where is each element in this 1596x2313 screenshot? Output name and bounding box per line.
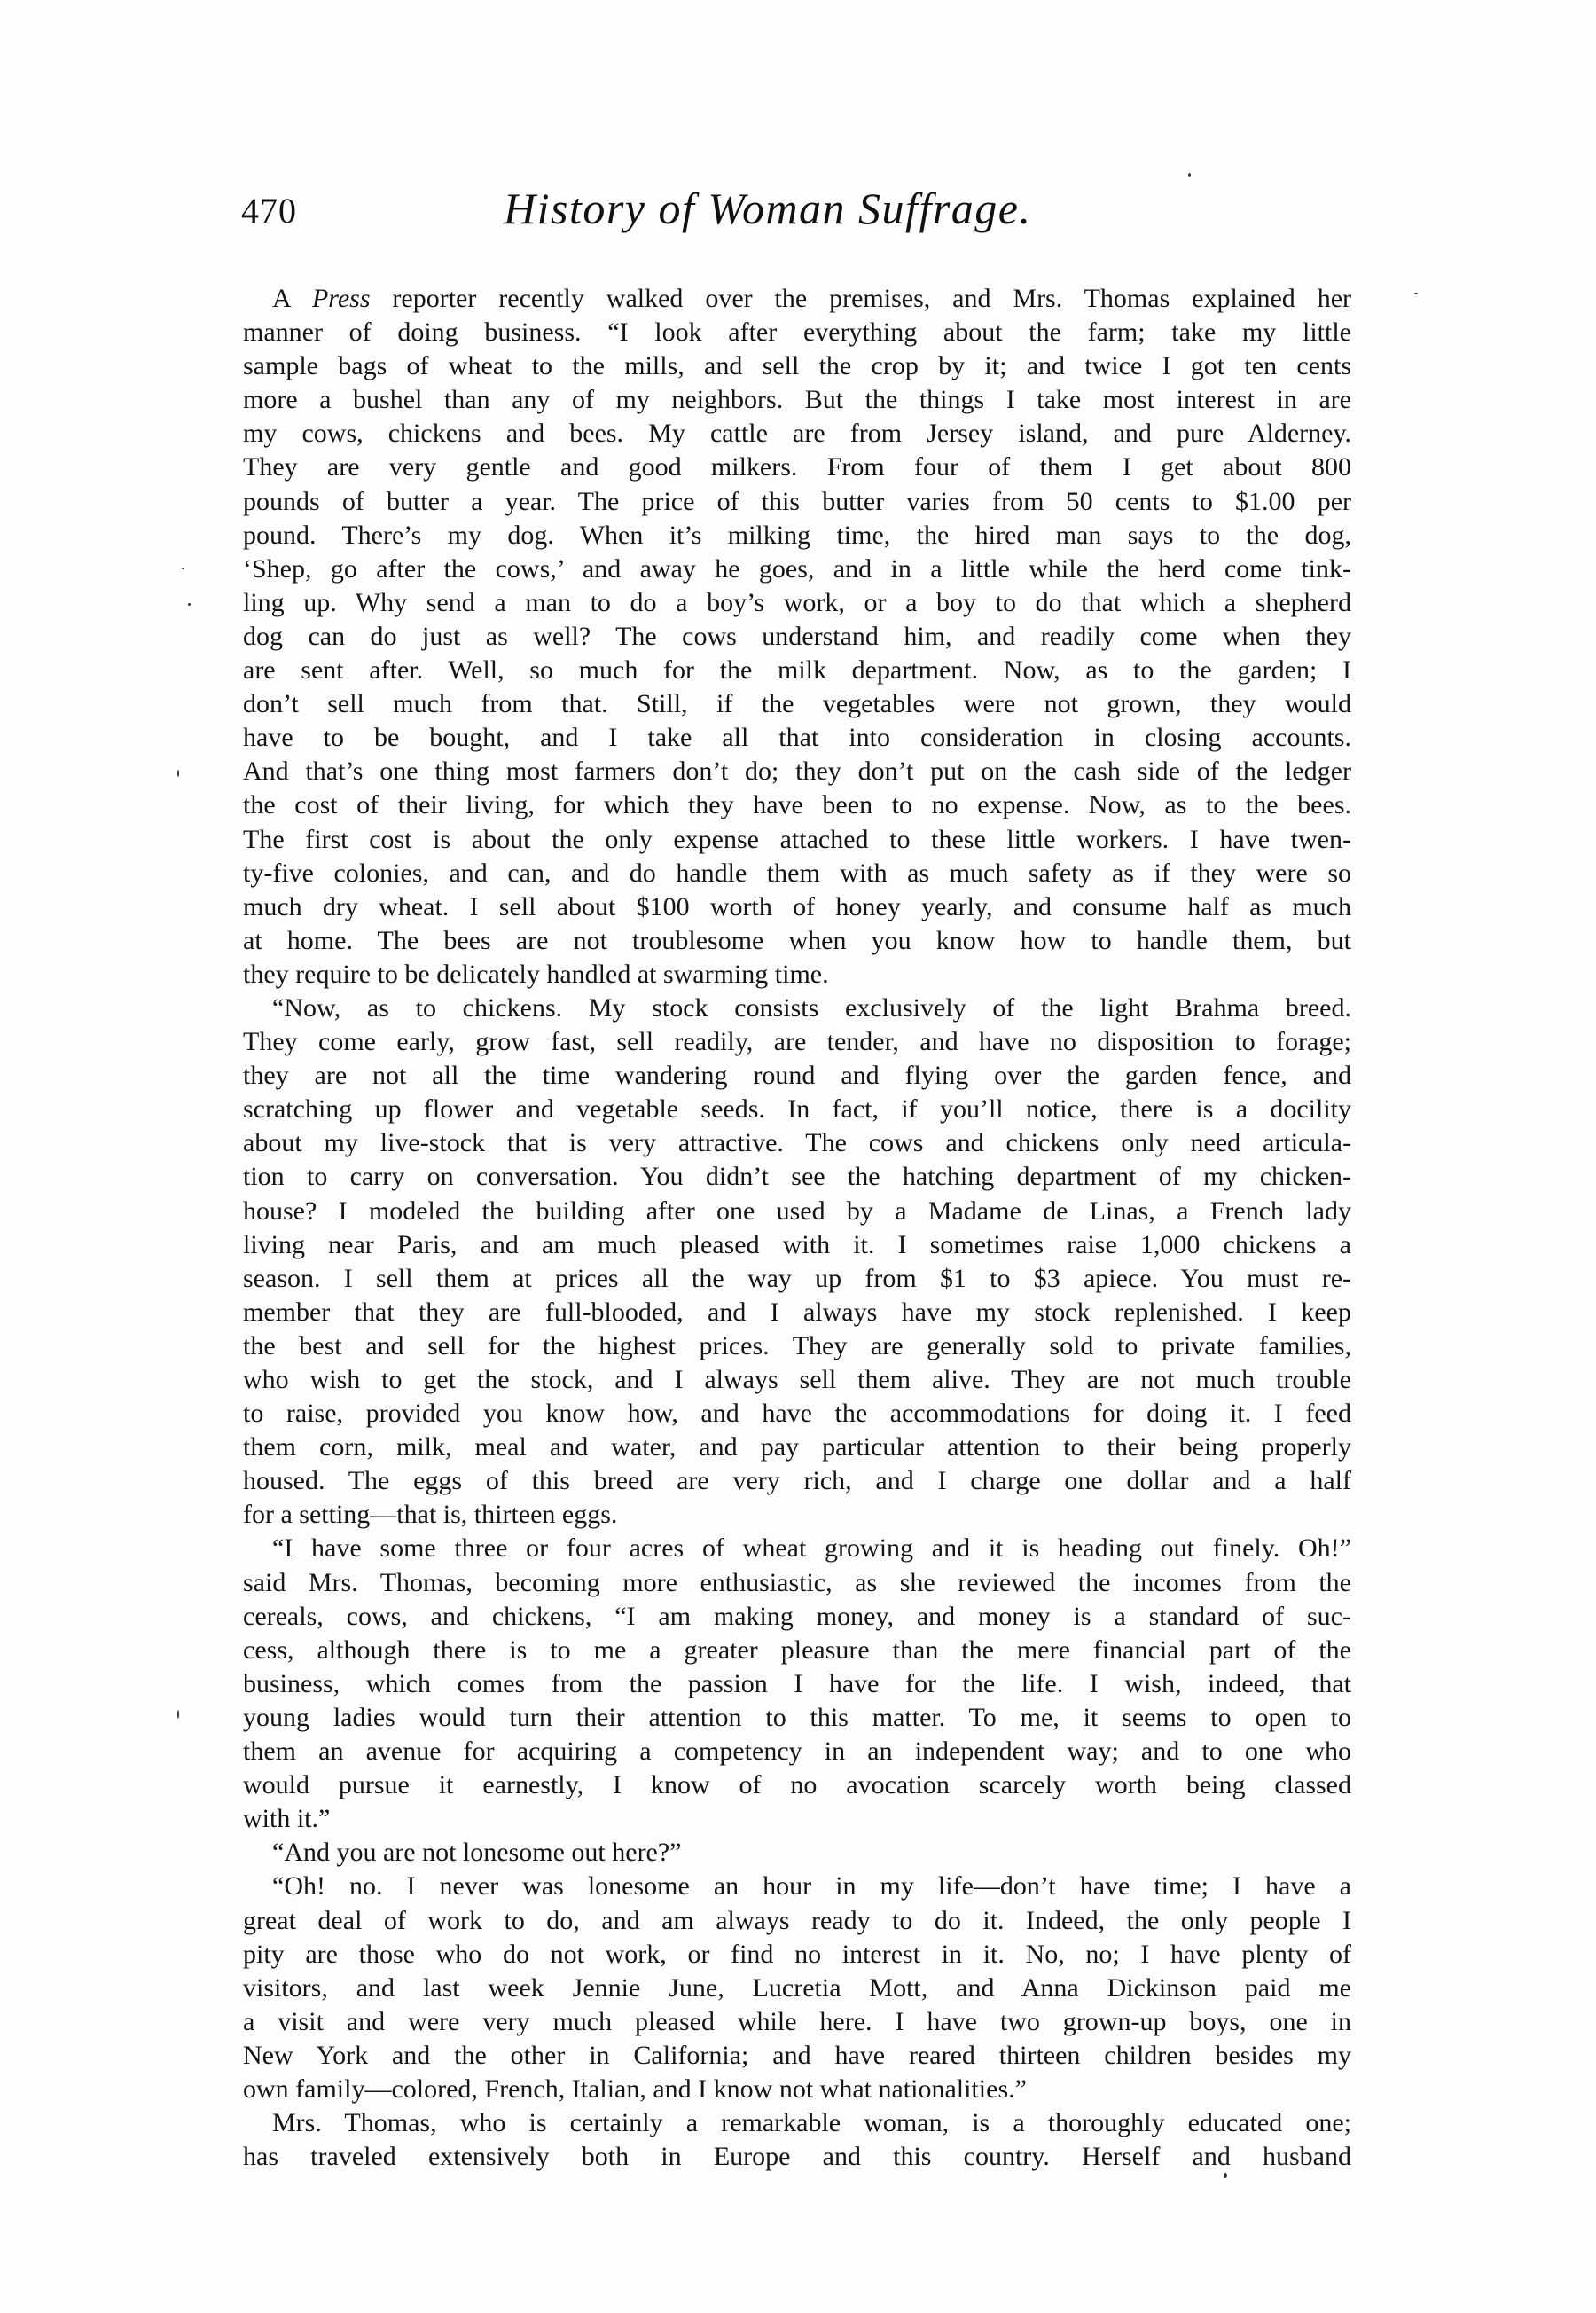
text-line: season. I sell them at prices all the wa… <box>243 1262 1351 1296</box>
text-line: don’t sell much from that. Still, if the… <box>243 687 1351 721</box>
text-line: business, which comes from the passion I… <box>243 1667 1351 1701</box>
text-line: at home. The bees are not troublesome wh… <box>243 924 1351 958</box>
italic-run: Press <box>312 284 371 313</box>
text-line: said Mrs. Thomas, becoming more enthusia… <box>243 1566 1351 1600</box>
text-line: are sent after. Well, so much for the mi… <box>243 654 1351 687</box>
text-line: cess, although there is to me a greater … <box>243 1634 1351 1667</box>
text-line: living near Paris, and am much pleased w… <box>243 1228 1351 1262</box>
scan-speck <box>1224 2173 1227 2178</box>
text-line: The first cost is about the only expense… <box>243 823 1351 857</box>
text-line: pounds of butter a year. The price of th… <box>243 485 1351 519</box>
text-line: A Press reporter recently walked over th… <box>243 282 1351 316</box>
text-line: have to be bought, and I take all that i… <box>243 721 1351 755</box>
text-line: for a setting—that is, thirteen eggs. <box>243 1498 1351 1532</box>
text-line: has traveled extensively both in Europe … <box>243 2140 1351 2174</box>
text-line: “And you are not lonesome out here?” <box>243 1836 1351 1870</box>
text-line: much dry wheat. I sell about $100 worth … <box>243 890 1351 924</box>
page-header: 470 History of Woman Suffrage. <box>241 177 1358 248</box>
text-line: pound. There’s my dog. When it’s milking… <box>243 519 1351 553</box>
book-page: 470 History of Woman Suffrage. A Press r… <box>0 0 1596 2313</box>
text-line: would pursue it earnestly, I know of no … <box>243 1768 1351 1802</box>
text-line: the cost of their living, for which they… <box>243 788 1351 822</box>
text-line: manner of doing business. “I look after … <box>243 316 1351 349</box>
text-line: a visit and were very much pleased while… <box>243 2005 1351 2039</box>
scan-speck <box>182 568 184 569</box>
body-text: A Press reporter recently walked over th… <box>243 282 1351 2174</box>
text-line: own family—colored, French, Italian, and… <box>243 2073 1351 2106</box>
text-line: to raise, provided you know how, and hav… <box>243 1397 1351 1431</box>
text-line: member that they are full-blooded, and I… <box>243 1296 1351 1329</box>
text-line: They are very gentle and good milkers. F… <box>243 451 1351 484</box>
text-line: pity are those who do not work, or find … <box>243 1938 1351 1972</box>
text-line: young ladies would turn their attention … <box>243 1701 1351 1735</box>
text-line: ling up. Why send a man to do a boy’s wo… <box>243 586 1351 620</box>
text-line: “I have some three or four acres of whea… <box>243 1532 1351 1565</box>
text-run: reporter recently walked over the premis… <box>371 284 1352 313</box>
text-run: A <box>272 284 312 313</box>
text-line: the best and sell for the highest prices… <box>243 1329 1351 1363</box>
scan-speck <box>1414 293 1418 294</box>
text-line: house? I modeled the building after one … <box>243 1195 1351 1228</box>
text-line: who wish to get the stock, and I always … <box>243 1363 1351 1397</box>
text-line: “Now, as to chickens. My stock consists … <box>243 992 1351 1025</box>
text-line: tion to carry on conversation. You didn’… <box>243 1160 1351 1194</box>
text-line: ‘Shep, go after the cows,’ and away he g… <box>243 553 1351 586</box>
text-line: visitors, and last week Jennie June, Luc… <box>243 1972 1351 2005</box>
text-line: great deal of work to do, and am always … <box>243 1904 1351 1938</box>
text-line: them corn, milk, meal and water, and pay… <box>243 1431 1351 1464</box>
text-line: housed. The eggs of this breed are very … <box>243 1464 1351 1498</box>
text-line: “Oh! no. I never was lonesome an hour in… <box>243 1870 1351 1903</box>
text-line: ty-five colonies, and can, and do handle… <box>243 857 1351 890</box>
scan-speck <box>177 1710 179 1719</box>
text-line: they require to be delicately handled at… <box>243 958 1351 992</box>
text-line: my cows, chickens and bees. My cattle ar… <box>243 417 1351 451</box>
scan-speck <box>1188 173 1191 177</box>
text-line: more a bushel than any of my neighbors. … <box>243 383 1351 417</box>
text-line: sample bags of wheat to the mills, and s… <box>243 349 1351 383</box>
text-line: dog can do just as well? The cows unders… <box>243 620 1351 654</box>
text-line: Mrs. Thomas, who is certainly a remarkab… <box>243 2106 1351 2140</box>
text-line: They come early, grow fast, sell readily… <box>243 1025 1351 1059</box>
text-line: with it.” <box>243 1802 1351 1836</box>
running-title: History of Woman Suffrage. <box>504 183 1032 234</box>
text-line: scratching up flower and vegetable seeds… <box>243 1093 1351 1126</box>
scan-speck <box>188 603 191 606</box>
text-line: New York and the other in California; an… <box>243 2039 1351 2073</box>
scan-speck <box>177 770 179 777</box>
text-line: And that’s one thing most farmers don’t … <box>243 755 1351 788</box>
text-line: about my live-stock that is very attract… <box>243 1126 1351 1160</box>
page-number: 470 <box>241 190 297 231</box>
text-line: them an avenue for acquiring a competenc… <box>243 1735 1351 1768</box>
text-line: cereals, cows, and chickens, “I am makin… <box>243 1600 1351 1634</box>
text-line: they are not all the time wandering roun… <box>243 1059 1351 1093</box>
